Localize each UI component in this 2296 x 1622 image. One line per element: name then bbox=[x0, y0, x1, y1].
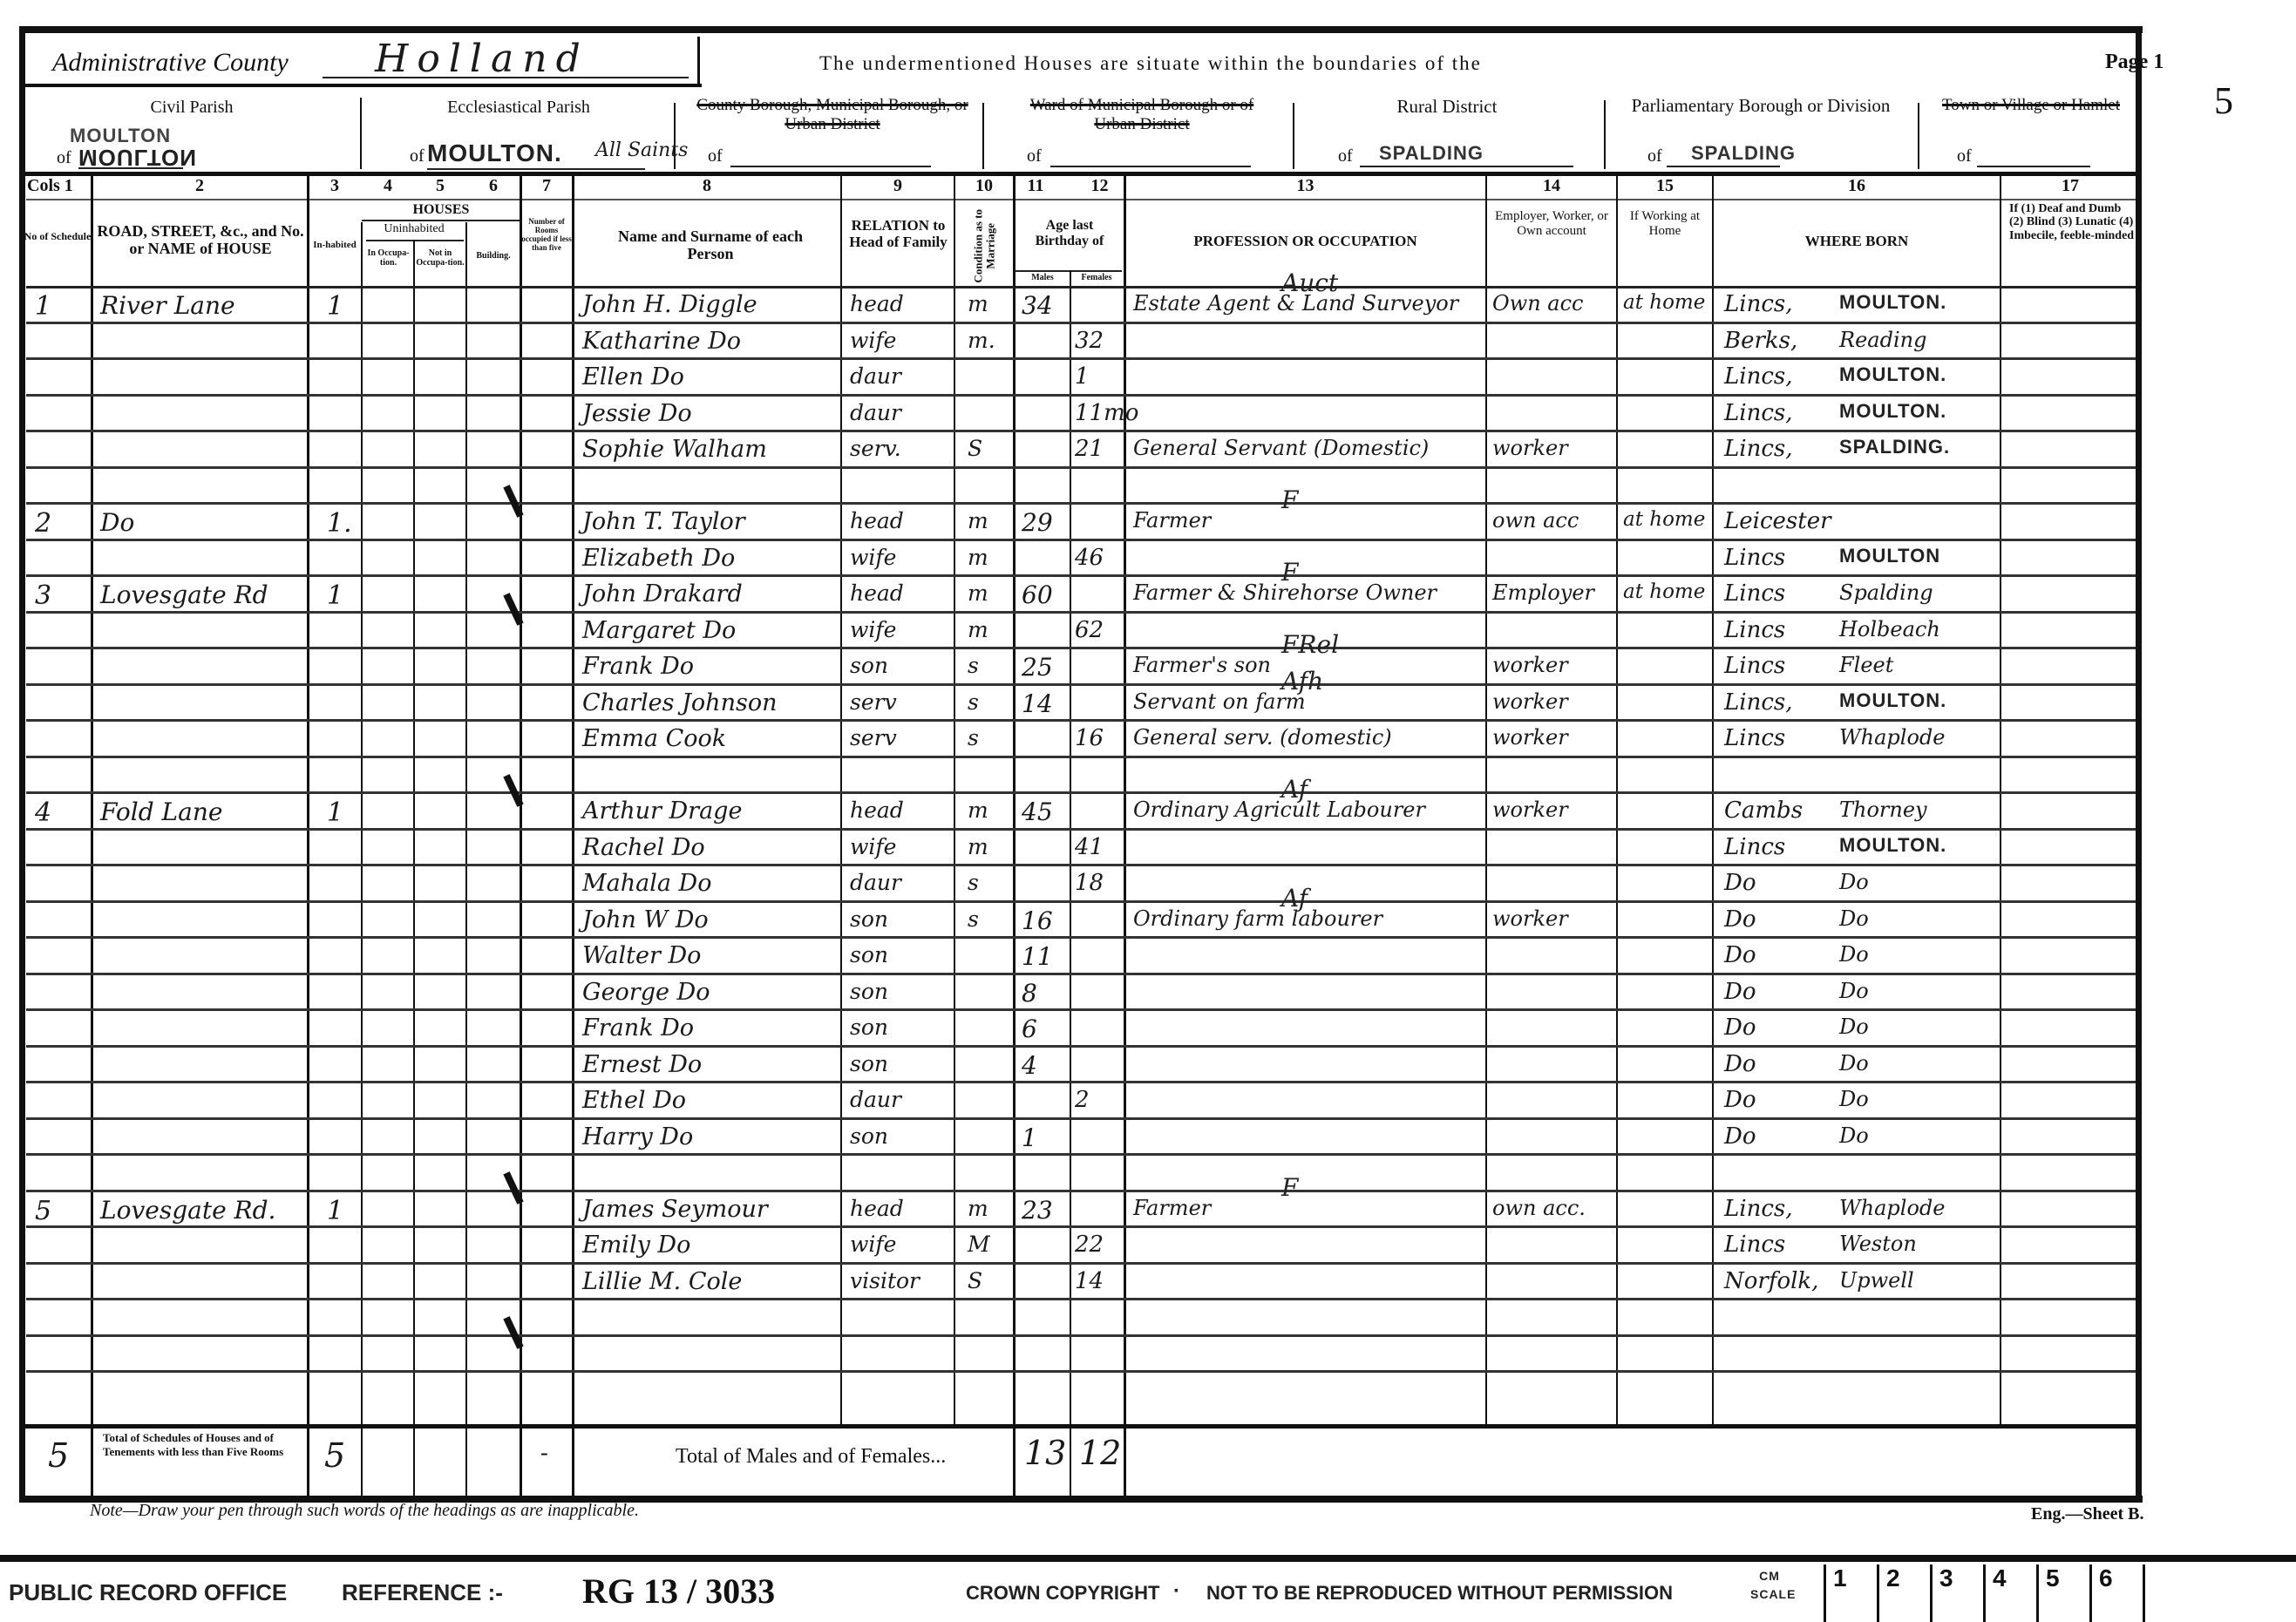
cell-relation: wife bbox=[850, 617, 950, 642]
cell-relation: daur bbox=[850, 400, 950, 425]
table-row: Katharine Dowifem.32Berks,Reading bbox=[0, 324, 2296, 361]
cell-born-county: Lincs, bbox=[1724, 291, 1829, 317]
col-number-14: 14 bbox=[1486, 176, 1617, 196]
cell-female-age: 16 bbox=[1075, 725, 1122, 751]
table-row: Lillie M. ColevisitorS14Norfolk,Upwell bbox=[0, 1265, 2296, 1301]
cell-male-age: 16 bbox=[1022, 906, 1067, 935]
cm-scale-mark: 5 bbox=[2036, 1564, 2084, 1622]
form-id: Eng.—Sheet B. bbox=[2031, 1504, 2143, 1524]
cm-scale-mark: 4 bbox=[1983, 1564, 2031, 1622]
col-number-1: Cols 1 bbox=[22, 176, 97, 196]
cell-inhabited: 1 bbox=[327, 1196, 358, 1226]
header-schedule: No of Schedule bbox=[24, 231, 92, 242]
cell-employer: worker bbox=[1492, 906, 1614, 931]
cell-born-place: SPALDING. bbox=[1839, 436, 2001, 458]
cell-born-place: Whaplode bbox=[1839, 1196, 2001, 1220]
cell-employer: own acc bbox=[1492, 508, 1614, 533]
boundary-divider-5 bbox=[1604, 100, 1606, 169]
cell-relation: son bbox=[850, 979, 950, 1004]
cell-condition: m. bbox=[968, 328, 1011, 353]
cell-employer: worker bbox=[1492, 725, 1614, 750]
cell-male-age: 45 bbox=[1022, 797, 1067, 826]
cell-name: Arthur Drage bbox=[582, 797, 839, 825]
col-number-2: 2 bbox=[92, 176, 308, 196]
cell-condition: s bbox=[968, 653, 1011, 678]
table-row: Ernest Doson4DoDo bbox=[0, 1048, 2296, 1084]
occupation-code-annotation: Af bbox=[1281, 775, 1308, 804]
cm-scale-mark: 3 bbox=[1930, 1564, 1978, 1622]
page-number: Page 1 bbox=[2105, 51, 2164, 74]
cell-born-county: Lincs bbox=[1724, 653, 1829, 679]
cell-born-county: Do bbox=[1724, 1015, 1829, 1041]
sheet-number: 5 bbox=[2214, 78, 2233, 123]
civil-parish-label: Civil Parish bbox=[26, 98, 357, 118]
town-label: Town or Village or Hamlet bbox=[1931, 96, 2131, 115]
col-number-15: 15 bbox=[1617, 176, 1713, 196]
cell-at-home: at home bbox=[1623, 580, 1710, 603]
cell-relation: son bbox=[850, 1015, 950, 1040]
cell-male-age: 14 bbox=[1022, 689, 1067, 718]
cell-name: Ethel Do bbox=[582, 1087, 839, 1114]
cell-inhabited: 1. bbox=[327, 508, 358, 539]
occupation-code-annotation: F bbox=[1281, 1173, 1298, 1202]
cell-relation: wife bbox=[850, 545, 950, 570]
cell-name: Charles Johnson bbox=[582, 689, 839, 716]
cell-born-county: Lincs bbox=[1724, 545, 1829, 571]
cell-condition: m bbox=[968, 580, 1011, 606]
cell-employer: worker bbox=[1492, 689, 1614, 714]
row-rule bbox=[26, 1370, 2136, 1373]
eccl-parish-underline bbox=[427, 168, 645, 170]
header-males: Males bbox=[1016, 273, 1070, 282]
town-underline bbox=[1977, 166, 2090, 167]
cell-female-age: 11mo bbox=[1075, 400, 1122, 426]
col-number-8: 8 bbox=[573, 176, 841, 196]
parliamentary-label: Parliamentary Borough or Division bbox=[1630, 96, 1892, 116]
total-schedules-value: 5 bbox=[48, 1436, 69, 1475]
cell-relation: head bbox=[850, 1196, 950, 1221]
cell-born-place: MOULTON. bbox=[1839, 400, 2001, 423]
occupation-code-annotation: F bbox=[1281, 558, 1298, 587]
table-row: Harry Doson1DoDo bbox=[0, 1120, 2296, 1157]
occupation-code-annotation: Afh bbox=[1281, 667, 1323, 696]
cell-born-county: Lincs bbox=[1724, 617, 1829, 643]
cell-born-place: MOULTON. bbox=[1839, 834, 2001, 857]
cell-born-county: Lincs bbox=[1724, 580, 1829, 607]
col-number-16: 16 bbox=[1713, 176, 2001, 196]
table-row: John W Dosons16Ordinary farm labourerwor… bbox=[0, 903, 2296, 940]
cell-name: Sophie Walham bbox=[582, 436, 839, 463]
cell-female-age: 41 bbox=[1075, 834, 1122, 860]
table-row bbox=[0, 1300, 2296, 1337]
cell-condition: m bbox=[968, 291, 1011, 316]
occupation-code-annotation: Auct bbox=[1281, 268, 1338, 297]
cell-female-age: 22 bbox=[1075, 1232, 1122, 1258]
boundary-divider-3 bbox=[982, 103, 984, 169]
table-row: Ethel Dodaur2DoDo bbox=[0, 1083, 2296, 1120]
cell-relation: son bbox=[850, 1051, 950, 1076]
cell-condition: m bbox=[968, 797, 1011, 823]
cell-born-place: Do bbox=[1839, 870, 2001, 894]
cell-road: Lovesgate Rd. bbox=[100, 1196, 301, 1225]
occupation-code-annotation: FRel bbox=[1281, 630, 1339, 659]
cell-occupation: Farmer bbox=[1133, 508, 1482, 533]
boundary-divider-6 bbox=[1918, 103, 1919, 169]
table-row: Jessie Dodaur11moLincs,MOULTON. bbox=[0, 397, 2296, 433]
header-not-in-occupation: Not in Occupa-tion. bbox=[416, 248, 465, 268]
cell-born-county: Lincs bbox=[1724, 1232, 1829, 1258]
cell-condition: s bbox=[968, 906, 1011, 932]
cell-born-place: MOULTON. bbox=[1839, 689, 2001, 712]
cell-name: Emily Do bbox=[582, 1232, 839, 1259]
col-number-13: 13 bbox=[1124, 176, 1486, 196]
cell-born-place: Do bbox=[1839, 979, 2001, 1003]
col-number-6: 6 bbox=[466, 176, 520, 196]
uninhabited-underline bbox=[366, 240, 464, 241]
header-uninhabited-group: Uninhabited bbox=[362, 222, 466, 235]
col-number-3: 3 bbox=[308, 176, 362, 196]
rural-district-of: of bbox=[1338, 146, 1353, 166]
header-age-group: Age last Birthday of bbox=[1018, 218, 1121, 248]
cell-born-place: Upwell bbox=[1839, 1268, 2001, 1293]
table-row: George Doson8DoDo bbox=[0, 975, 2296, 1012]
cell-born-place: Spalding bbox=[1839, 580, 2001, 605]
eccl-parish-extra: All Saints bbox=[595, 139, 688, 161]
cell-road: River Lane bbox=[100, 291, 301, 320]
total-males-females-label: Total of Males and of Females... bbox=[676, 1445, 946, 1469]
cell-name: Walter Do bbox=[582, 942, 839, 969]
cell-born-place: Holbeach bbox=[1839, 617, 2001, 641]
cell-name: Emma Cook bbox=[582, 725, 839, 752]
cell-inhabited: 1 bbox=[327, 580, 358, 611]
table-row: Ellen Dodaur1Lincs,MOULTON. bbox=[0, 360, 2296, 397]
header-name: Name and Surname of each Person bbox=[601, 228, 819, 263]
table-row: Rachel Dowifem41LincsMOULTON. bbox=[0, 831, 2296, 867]
cell-road: Do bbox=[100, 508, 301, 537]
header-in-occupation: In Occupa-tion. bbox=[364, 248, 412, 268]
cell-relation: head bbox=[850, 508, 950, 533]
ward-of: of bbox=[1027, 146, 1042, 166]
cell-name: Harry Do bbox=[582, 1123, 839, 1150]
county-borough-underline bbox=[730, 166, 931, 167]
cell-name: Frank Do bbox=[582, 1015, 839, 1042]
table-row: Sophie Walhamserv.S21General Servant (Do… bbox=[0, 432, 2296, 469]
cell-employer: Employer bbox=[1492, 580, 1614, 605]
cm-scale-mark: 1 bbox=[1824, 1564, 1871, 1622]
header-working-home: If Working at Home bbox=[1621, 209, 1708, 238]
cell-at-home: at home bbox=[1623, 508, 1710, 531]
table-row: Walter Doson11DoDo bbox=[0, 939, 2296, 975]
cell-born-county: Lincs, bbox=[1724, 363, 1829, 390]
header-occupation: PROFESSION OR OCCUPATION bbox=[1124, 234, 1486, 250]
table-row: 1River Lane1John H. Diggleheadm34Estate … bbox=[0, 288, 2296, 324]
cm-scale-mark: 6 bbox=[2089, 1564, 2137, 1622]
parliamentary-of: of bbox=[1647, 146, 1662, 166]
cell-female-age: 62 bbox=[1075, 617, 1122, 643]
cell-road: Lovesgate Rd bbox=[100, 580, 301, 609]
cell-male-age: 34 bbox=[1022, 291, 1067, 320]
cell-schedule: 5 bbox=[35, 1196, 87, 1226]
table-row: Frank Doson6DoDo bbox=[0, 1011, 2296, 1048]
cell-female-age: 14 bbox=[1075, 1268, 1122, 1294]
header-houses-group: HOUSES bbox=[362, 202, 520, 218]
occupation-code-annotation: F bbox=[1281, 485, 1298, 514]
cell-born-county: Do bbox=[1724, 1087, 1829, 1113]
cell-occupation: Farmer bbox=[1133, 1196, 1482, 1220]
civil-parish-underline bbox=[78, 167, 183, 169]
cell-occupation: Farmer & Shirehorse Owner bbox=[1133, 580, 1482, 605]
cell-born-county: Do bbox=[1724, 979, 1829, 1005]
col-number-4: 4 bbox=[362, 176, 414, 196]
cell-name: John W Do bbox=[582, 906, 839, 933]
cell-relation: serv. bbox=[850, 436, 950, 461]
cell-born-county: Lincs, bbox=[1724, 400, 1829, 426]
cell-born-place: Do bbox=[1839, 906, 2001, 931]
cell-relation: son bbox=[850, 906, 950, 932]
table-row: Mahala Dodaurs18DoDo bbox=[0, 866, 2296, 903]
cell-road: Fold Lane bbox=[100, 797, 301, 826]
cell-male-age: 1 bbox=[1022, 1123, 1067, 1152]
cell-name: John H. Diggle bbox=[582, 291, 839, 318]
table-row: Emma Cookservs16General serv. (domestic)… bbox=[0, 722, 2296, 758]
cell-born-county: Lincs, bbox=[1724, 689, 1829, 716]
colnum-underline bbox=[26, 199, 2136, 200]
eccl-parish-value: MOULTON. bbox=[427, 139, 562, 167]
cell-relation: son bbox=[850, 653, 950, 678]
cell-born-place: Do bbox=[1839, 942, 2001, 967]
cell-relation: head bbox=[850, 797, 950, 823]
total-males: 13 bbox=[1024, 1434, 1066, 1472]
cell-relation: daur bbox=[850, 870, 950, 895]
header-condition: Condition as to Marriage bbox=[973, 207, 998, 285]
cell-born-county: Lincs, bbox=[1724, 1196, 1829, 1222]
age-sub-underline bbox=[1016, 270, 1122, 272]
civil-parish-of: of bbox=[57, 148, 71, 168]
header-building: Building. bbox=[468, 251, 519, 261]
header-infirmity: If (1) Deaf and Dumb (2) Blind (3) Lunat… bbox=[2009, 202, 2136, 242]
cell-condition: s bbox=[968, 870, 1011, 895]
county-borough-of: of bbox=[708, 146, 723, 166]
col-number-9: 9 bbox=[841, 176, 954, 196]
cell-female-age: 32 bbox=[1075, 328, 1122, 354]
cell-employer: worker bbox=[1492, 797, 1614, 822]
cell-male-age: 6 bbox=[1022, 1015, 1067, 1043]
total-females: 12 bbox=[1079, 1434, 1121, 1472]
table-row bbox=[0, 469, 2296, 506]
total-houses-inhabited: 5 bbox=[324, 1436, 345, 1475]
cell-relation: head bbox=[850, 580, 950, 606]
col-number-11: 11 bbox=[1014, 176, 1057, 196]
admin-county-box-right bbox=[697, 37, 700, 87]
admin-county-value: Holland bbox=[375, 37, 589, 81]
cell-relation: wife bbox=[850, 1232, 950, 1257]
cell-male-age: 11 bbox=[1022, 942, 1067, 971]
cell-condition: m bbox=[968, 508, 1011, 533]
cell-born-county: Berks, bbox=[1724, 328, 1829, 354]
table-row: Margaret Dowifem62LincsHolbeach bbox=[0, 614, 2296, 650]
footer-scale-label: CM SCALE bbox=[1750, 1567, 1789, 1604]
footer-restriction: NOT TO BE REPRODUCED WITHOUT PERMISSION bbox=[1206, 1582, 1673, 1605]
cell-relation: serv bbox=[850, 725, 950, 750]
cell-condition: s bbox=[968, 689, 1011, 715]
cell-female-age: 1 bbox=[1075, 363, 1122, 390]
cell-male-age: 60 bbox=[1022, 580, 1067, 609]
cell-born-place: MOULTON. bbox=[1839, 291, 2001, 314]
cell-name: Ellen Do bbox=[582, 363, 839, 390]
cell-born-county: Norfolk, bbox=[1724, 1268, 1829, 1294]
county-borough-label: County Borough, Municipal Borough, or Ur… bbox=[693, 96, 972, 134]
eccl-parish-of: of bbox=[410, 146, 425, 166]
total-rooms-mark: - bbox=[540, 1440, 548, 1466]
form-top-border bbox=[19, 26, 2143, 33]
cell-name: Katharine Do bbox=[582, 328, 839, 355]
cell-born-place: MOULTON. bbox=[1839, 363, 2001, 386]
ward-underline bbox=[1050, 166, 1251, 167]
header-females: Females bbox=[1070, 273, 1123, 282]
cell-relation: head bbox=[850, 291, 950, 316]
houses-group-underline bbox=[362, 220, 520, 221]
total-schedules-label: Total of Schedules of Houses and of Tene… bbox=[103, 1431, 303, 1458]
admin-county-underline bbox=[323, 77, 689, 78]
header-rooms: Number of Rooms occupied if less than fi… bbox=[521, 218, 572, 253]
occupation-code-annotation: Af bbox=[1281, 884, 1308, 913]
eccl-parish-label: Ecclesiastical Parish bbox=[362, 98, 676, 118]
cm-scale-end bbox=[2143, 1564, 2204, 1622]
admin-county-label: Administrative County bbox=[52, 48, 289, 78]
cell-name: John Drakard bbox=[582, 580, 839, 607]
cell-relation: wife bbox=[850, 328, 950, 353]
rural-district-value: SPALDING bbox=[1379, 142, 1484, 165]
totals-top-rule bbox=[22, 1424, 2140, 1429]
cell-born-place: Thorney bbox=[1839, 797, 2001, 822]
boundary-divider-4 bbox=[1293, 103, 1294, 169]
table-row: Charles Johnsonservs14Servant on farmwor… bbox=[0, 686, 2296, 723]
cell-name: Rachel Do bbox=[582, 834, 839, 861]
cell-name: Ernest Do bbox=[582, 1051, 839, 1078]
cell-employer: Own acc bbox=[1492, 291, 1614, 316]
cell-born-county: Do bbox=[1724, 906, 1829, 933]
cm-scale-mark: 2 bbox=[1877, 1564, 1925, 1622]
cell-born-county: Do bbox=[1724, 942, 1829, 968]
cell-born-place: Do bbox=[1839, 1051, 2001, 1076]
table-row: Frank Dosons25Farmer's sonworkerLincsFle… bbox=[0, 649, 2296, 686]
cell-relation: son bbox=[850, 942, 950, 967]
form-note: Note—Draw your pen through such words of… bbox=[90, 1501, 639, 1521]
cell-born-county: Lincs bbox=[1724, 834, 1829, 860]
col-number-5: 5 bbox=[414, 176, 466, 196]
cell-born-county: Do bbox=[1724, 1051, 1829, 1077]
cell-employer: own acc. bbox=[1492, 1196, 1614, 1220]
parliamentary-underline bbox=[1667, 166, 1780, 167]
cell-name: Lillie M. Cole bbox=[582, 1268, 839, 1295]
cell-relation: visitor bbox=[850, 1268, 950, 1293]
cell-condition: m bbox=[968, 545, 1011, 570]
table-row bbox=[0, 1337, 2296, 1374]
col-number-17: 17 bbox=[2001, 176, 2140, 196]
cell-condition: s bbox=[968, 725, 1011, 750]
cell-employer: worker bbox=[1492, 653, 1614, 677]
cell-at-home: at home bbox=[1623, 291, 1710, 314]
cell-male-age: 23 bbox=[1022, 1196, 1067, 1225]
cell-occupation: General serv. (domestic) bbox=[1133, 725, 1482, 750]
footer-separator: · bbox=[1173, 1579, 1181, 1604]
cell-born-place: MOULTON bbox=[1839, 545, 2001, 567]
cell-born-county: Cambs bbox=[1724, 797, 1829, 824]
cell-condition: S bbox=[968, 1268, 1011, 1293]
cell-female-age: 2 bbox=[1075, 1087, 1122, 1113]
cell-name: James Seymour bbox=[582, 1196, 839, 1223]
cell-male-age: 8 bbox=[1022, 979, 1067, 1008]
cell-male-age: 29 bbox=[1022, 508, 1067, 537]
cell-relation: wife bbox=[850, 834, 950, 859]
town-of: of bbox=[1957, 146, 1972, 166]
cell-schedule: 1 bbox=[35, 291, 87, 322]
cell-born-county: Lincs, bbox=[1724, 436, 1829, 462]
table-row: 5Lovesgate Rd.1James Seymourheadm23Farme… bbox=[0, 1192, 2296, 1229]
table-row bbox=[0, 758, 2296, 795]
footer-reference-label: REFERENCE :- bbox=[342, 1579, 503, 1606]
cell-born-place: Fleet bbox=[1839, 653, 2001, 677]
cell-born-county: Do bbox=[1724, 870, 1829, 896]
header-relation: RELATION to Head of Family bbox=[844, 218, 953, 250]
cell-female-age: 46 bbox=[1075, 545, 1122, 571]
cell-relation: daur bbox=[850, 1087, 950, 1112]
cell-name: Elizabeth Do bbox=[582, 545, 839, 572]
cell-born-place: Whaplode bbox=[1839, 725, 2001, 750]
cell-relation: serv bbox=[850, 689, 950, 715]
parliamentary-value: SPALDING bbox=[1691, 142, 1796, 165]
header-employer: Employer, Worker, or Own account bbox=[1491, 209, 1613, 238]
table-row bbox=[0, 1156, 2296, 1192]
footer-office: PUBLIC RECORD OFFICE bbox=[9, 1579, 287, 1606]
cell-inhabited: 1 bbox=[327, 797, 358, 828]
cell-name: John T. Taylor bbox=[582, 508, 839, 535]
cell-condition: m bbox=[968, 1196, 1011, 1221]
cell-born-place: Do bbox=[1839, 1087, 2001, 1111]
table-row: 3Lovesgate Rd1John Drakardheadm60Farmer … bbox=[0, 577, 2296, 614]
cell-name: George Do bbox=[582, 979, 839, 1006]
cell-born-place: Weston bbox=[1839, 1232, 2001, 1256]
cell-condition: m bbox=[968, 834, 1011, 859]
cell-condition: m bbox=[968, 617, 1011, 642]
table-row: Emily DowifeM22LincsWeston bbox=[0, 1228, 2296, 1265]
cell-born-place: Do bbox=[1839, 1015, 2001, 1039]
cell-schedule: 2 bbox=[35, 508, 87, 539]
footer-top-rule bbox=[0, 1555, 2296, 1562]
intro-text: The undermentioned Houses are situate wi… bbox=[819, 52, 1482, 75]
table-row: Elizabeth Dowifem46LincsMOULTON bbox=[0, 541, 2296, 578]
header-inhabited: In-habited bbox=[309, 240, 360, 250]
cell-born-county: Leicester bbox=[1724, 508, 1829, 534]
ward-label: Ward of Municipal Borough or of Urban Di… bbox=[1011, 96, 1273, 134]
col-number-10: 10 bbox=[954, 176, 1014, 196]
cell-name: Margaret Do bbox=[582, 617, 839, 644]
footer-reference-value: RG 13 / 3033 bbox=[582, 1571, 775, 1612]
cell-employer: worker bbox=[1492, 436, 1614, 460]
cell-condition: S bbox=[968, 436, 1011, 461]
table-row: 2Do1.John T. Taylorheadm29Farmerown acca… bbox=[0, 505, 2296, 541]
cell-condition: M bbox=[968, 1232, 1011, 1257]
cell-relation: son bbox=[850, 1123, 950, 1149]
cell-female-age: 21 bbox=[1075, 436, 1122, 462]
table-row: 4Fold Lane1Arthur Drageheadm45Ordinary A… bbox=[0, 794, 2296, 831]
rural-district-underline bbox=[1360, 166, 1573, 167]
cell-inhabited: 1 bbox=[327, 291, 358, 322]
cell-born-place: Reading bbox=[1839, 328, 2001, 352]
cell-schedule: 3 bbox=[35, 580, 87, 611]
header-where-born: WHERE BORN bbox=[1713, 234, 2001, 250]
cell-name: Jessie Do bbox=[582, 400, 839, 427]
